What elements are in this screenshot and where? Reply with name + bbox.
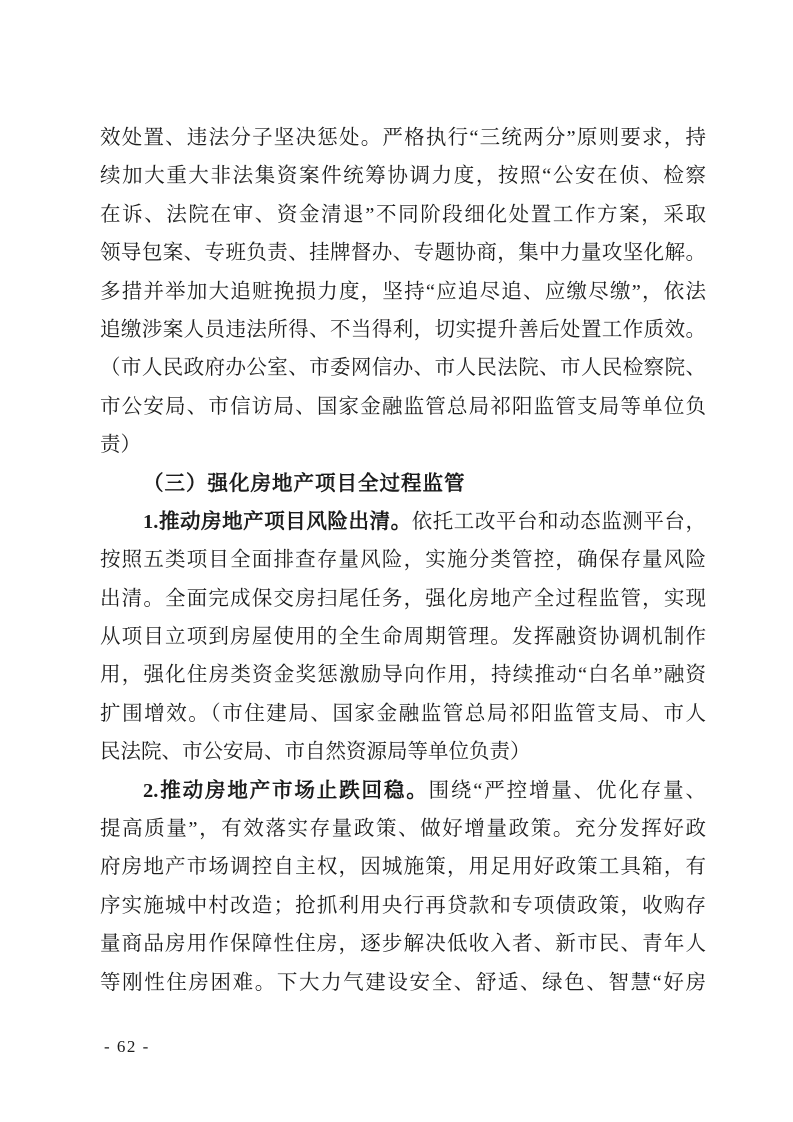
text-run: 领导包案、专班负责、挂牌督办、专题协商，集中力量攻坚化解。 bbox=[100, 242, 706, 264]
section-heading-line: （三）强化房地产项目全过程监管 bbox=[100, 465, 706, 503]
text-line: 市公安局、市信访局、国家金融监管总局祁阳监管支局等单位负 bbox=[100, 388, 706, 426]
text-run: 用，强化住房类资金奖惩激励导向作用，持续推动“白名单”融资 bbox=[100, 664, 706, 686]
text-run: 等刚性住房困难。下大力气建设安全、舒适、绿色、智慧“好房 bbox=[100, 972, 706, 994]
text-run: 府房地产市场调控自主权，因城施策，用足用好政策工具箱，有 bbox=[100, 856, 706, 878]
text-line: 追缴涉案人员违法所得、不当得利，切实提升善后处置工作质效。 bbox=[100, 311, 706, 349]
text-run: 追缴涉案人员违法所得、不当得利，切实提升善后处置工作质效。 bbox=[100, 319, 706, 341]
text-run: 责） bbox=[100, 434, 141, 456]
text-run: 序实施城中村改造；抢抓利用央行再贷款和专项债政策，收购存 bbox=[100, 895, 706, 917]
text-run: 续加大重大非法集资案件统筹协调力度，按照“公安在侦、检察 bbox=[100, 165, 706, 187]
text-run: 出清。全面完成保交房扫尾任务，强化房地产全过程监管，实现 bbox=[100, 588, 706, 610]
text-run: 依托工改平台和动态监测平台， bbox=[412, 511, 706, 533]
text-line: 2.推动房地产市场止跌回稳。围绕“严控增量、优化存量、 bbox=[100, 772, 706, 810]
text-run: 效处置、违法分子坚决惩处。严格执行“三统两分”原则要求，持 bbox=[100, 127, 706, 149]
text-line: 多措并举加大追赃挽损力度，坚持“应追尽追、应缴尽缴”，依法 bbox=[100, 273, 706, 311]
bold-run: 2.推动房地产市场止跌回稳。 bbox=[143, 780, 429, 802]
text-line: 1.推动房地产项目风险出清。依托工改平台和动态监测平台， bbox=[100, 503, 706, 541]
text-run: 在诉、法院在审、资金清退”不同阶段细化处置工作方案，采取 bbox=[100, 204, 706, 226]
text-run: 市公安局、市信访局、国家金融监管总局祁阳监管支局等单位负 bbox=[100, 396, 706, 418]
text-line: 在诉、法院在审、资金清退”不同阶段细化处置工作方案，采取 bbox=[100, 196, 706, 234]
page-number: - 62 - bbox=[104, 1036, 150, 1058]
text-line: 等刚性住房困难。下大力气建设安全、舒适、绿色、智慧“好房 bbox=[100, 964, 706, 1002]
text-line: 扩围增效。（市住建局、国家金融监管总局祁阳监管支局、市人 bbox=[100, 695, 706, 733]
text-line: （市人民政府办公室、市委网信办、市人民法院、市人民检察院、 bbox=[100, 349, 706, 387]
text-run: 按照五类项目全面排查存量风险，实施分类管控，确保存量风险 bbox=[100, 549, 706, 571]
text-line: 府房地产市场调控自主权，因城施策，用足用好政策工具箱，有 bbox=[100, 848, 706, 886]
text-run: 民法院、市公安局、市自然资源局等单位负责） bbox=[100, 741, 531, 763]
text-run: 提高质量”，有效落实存量政策、做好增量政策。充分发挥好政 bbox=[100, 818, 706, 840]
text-line: 量商品房用作保障性住房，逐步解决低收入者、新市民、青年人 bbox=[100, 925, 706, 963]
text-run: 从项目立项到房屋使用的全生命周期管理。发挥融资协调机制作 bbox=[100, 626, 706, 648]
text-line: 提高质量”，有效落实存量政策、做好增量政策。充分发挥好政 bbox=[100, 810, 706, 848]
text-line: 按照五类项目全面排查存量风险，实施分类管控，确保存量风险 bbox=[100, 541, 706, 579]
text-line: 从项目立项到房屋使用的全生命周期管理。发挥融资协调机制作 bbox=[100, 618, 706, 656]
text-line: 责） bbox=[100, 426, 706, 464]
text-line: 续加大重大非法集资案件统筹协调力度，按照“公安在侦、检察 bbox=[100, 157, 706, 195]
bold-run: （三）强化房地产项目全过程监管 bbox=[143, 473, 466, 495]
text-line: 序实施城中村改造；抢抓利用央行再贷款和专项债政策，收购存 bbox=[100, 887, 706, 925]
document-page: 效处置、违法分子坚决惩处。严格执行“三统两分”原则要求，持续加大重大非法集资案件… bbox=[0, 0, 793, 1122]
text-line: 领导包案、专班负责、挂牌督办、专题协商，集中力量攻坚化解。 bbox=[100, 234, 706, 272]
text-run: 扩围增效。（市住建局、国家金融监管总局祁阳监管支局、市人 bbox=[100, 703, 706, 725]
text-run: 量商品房用作保障性住房，逐步解决低收入者、新市民、青年人 bbox=[100, 933, 706, 955]
text-line: 民法院、市公安局、市自然资源局等单位负责） bbox=[100, 733, 706, 771]
document-body: 效处置、违法分子坚决惩处。严格执行“三统两分”原则要求，持续加大重大非法集资案件… bbox=[100, 119, 706, 1002]
text-run: 多措并举加大追赃挽损力度，坚持“应追尽追、应缴尽缴”，依法 bbox=[100, 281, 706, 303]
text-run: 围绕“严控增量、优化存量、 bbox=[429, 780, 706, 802]
text-line: 效处置、违法分子坚决惩处。严格执行“三统两分”原则要求，持 bbox=[100, 119, 706, 157]
text-line: 用，强化住房类资金奖惩激励导向作用，持续推动“白名单”融资 bbox=[100, 656, 706, 694]
text-line: 出清。全面完成保交房扫尾任务，强化房地产全过程监管，实现 bbox=[100, 580, 706, 618]
text-run: （市人民政府办公室、市委网信办、市人民法院、市人民检察院、 bbox=[100, 357, 706, 379]
bold-run: 1.推动房地产项目风险出清。 bbox=[143, 511, 412, 533]
